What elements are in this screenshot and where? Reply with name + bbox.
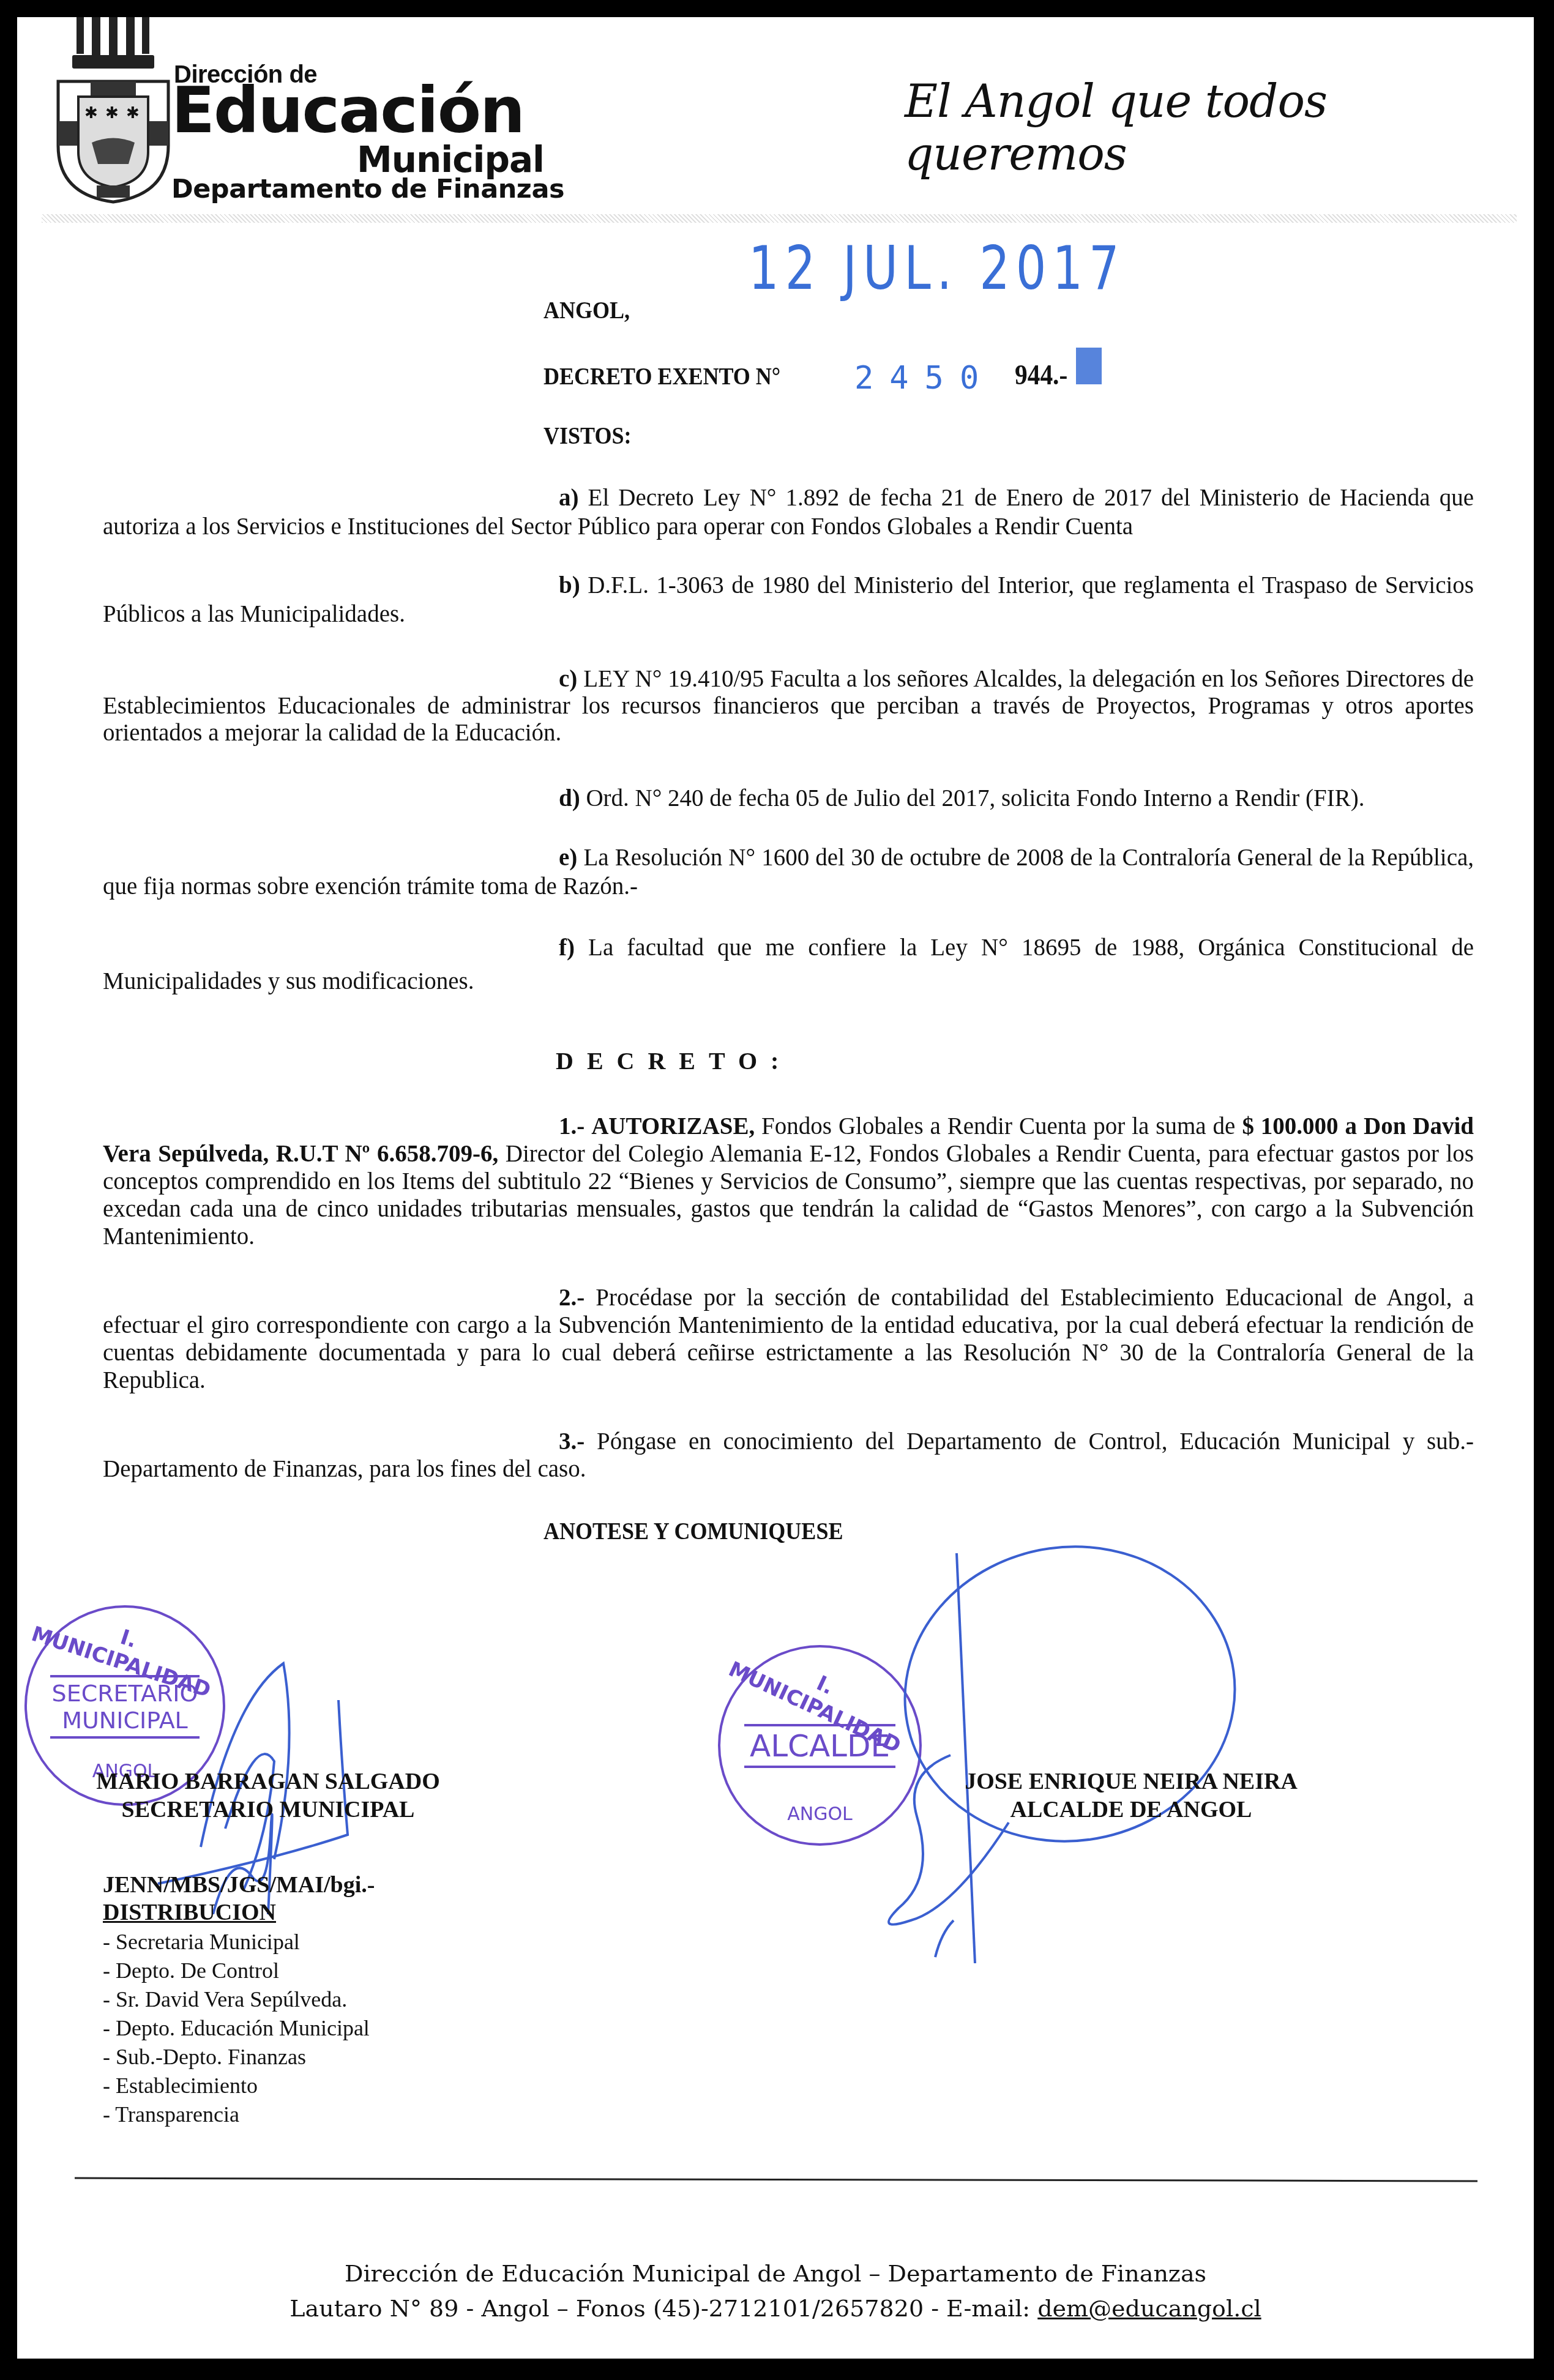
visto-e: e) La Resolución N° 1600 del 30 de octub…	[103, 843, 1474, 901]
distribution-item: - Secretaria Municipal	[103, 1928, 370, 1957]
distribution-item: - Transparencia	[103, 2100, 370, 2129]
header-divider	[42, 214, 1517, 223]
mayor-name: JOSE ENRIQUE NEIRA NEIRA	[935, 1767, 1327, 1796]
mayor-title: ALCALDE DE ANGOL	[935, 1796, 1327, 1824]
secretary-signature-block: MARIO BARRAGAN SALGADO SECRETARIO MUNICI…	[84, 1767, 452, 1824]
svg-text:✱: ✱	[84, 104, 98, 122]
header-departamento: Departamento de Finanzas	[171, 176, 564, 203]
footer-contact: Lautaro N° 89 - Angol – Fonos (45)-27121…	[17, 2295, 1534, 2322]
secretary-title: SECRETARIO MUNICIPAL	[84, 1796, 452, 1824]
secretary-name: MARIO BARRAGAN SALGADO	[84, 1767, 452, 1796]
distribution-item: - Depto. Educación Municipal	[103, 2014, 370, 2043]
city-heading: ANGOL,	[544, 296, 630, 324]
svg-text:✱: ✱	[126, 104, 140, 122]
footer-divider	[75, 2177, 1477, 2182]
article-1: 1.- AUTORIZASE, Fondos Globales a Rendir…	[103, 1113, 1474, 1250]
footer-email-link[interactable]: dem@educangol.cl	[1037, 2295, 1261, 2322]
header-educacion: Educación	[171, 78, 524, 142]
footer-address: Lautaro N° 89 - Angol – Fonos (45)-27121…	[290, 2295, 1037, 2322]
reference-initials: JENN/MBS/JGS/MAI/bgi.-	[103, 1871, 375, 1898]
distribution-item: - Establecimiento	[103, 2072, 370, 2100]
decree-label: DECRETO EXENTO N°	[544, 362, 780, 390]
distribution-item: - Sub.-Depto. Finanzas	[103, 2043, 370, 2072]
header-motto: El Angol que todos queremos	[905, 75, 1534, 181]
distribution-item: - Depto. De Control	[103, 1957, 370, 1985]
vistos-heading: VISTOS:	[544, 421, 631, 450]
date-stamp: 12 JUL. 2017	[749, 234, 1126, 304]
visto-b: b) D.F.L. 1-3063 de 1980 del Ministerio …	[103, 571, 1474, 629]
municipal-crest-icon: ✱✱✱	[49, 17, 177, 204]
closing-text: ANOTESE Y COMUNIQUESE	[544, 1516, 843, 1545]
header-municipal: Municipal	[357, 142, 544, 177]
article-2: 2.- Procédase por la sección de contabil…	[103, 1284, 1474, 1394]
decreto-heading: DECRETO:	[556, 1046, 792, 1075]
document-page: ✱✱✱ Dirección de Educación Municipal Dep…	[17, 17, 1534, 2359]
footer-organization: Dirección de Educación Municipal de Ango…	[17, 2260, 1534, 2287]
visto-a: a) El Decreto Ley N° 1.892 de fecha 21 d…	[103, 483, 1474, 541]
visto-f: f) La facultad que me confiere la Ley N°…	[103, 931, 1474, 998]
ink-blot	[1076, 348, 1102, 384]
mayor-signature	[813, 1535, 1302, 1975]
article-3: 3.- Póngase en conocimiento del Departam…	[103, 1428, 1474, 1483]
svg-text:✱: ✱	[105, 104, 119, 122]
visto-c: c) LEY N° 19.410/95 Faculta a los señore…	[103, 666, 1474, 747]
visto-d: d) Ord. N° 240 de fecha 05 de Julio del …	[103, 784, 1474, 813]
distribution-list: - Secretaria Municipal - Depto. De Contr…	[103, 1928, 370, 2129]
mayor-signature-block: JOSE ENRIQUE NEIRA NEIRA ALCALDE DE ANGO…	[935, 1767, 1327, 1824]
distribution-item: - Sr. David Vera Sepúlveda.	[103, 1985, 370, 2014]
distribution-heading: DISTRIBUCION	[103, 1899, 276, 1926]
decree-number-typed: 944.-	[1015, 359, 1067, 391]
decree-number-stamp: 2450	[854, 360, 995, 397]
